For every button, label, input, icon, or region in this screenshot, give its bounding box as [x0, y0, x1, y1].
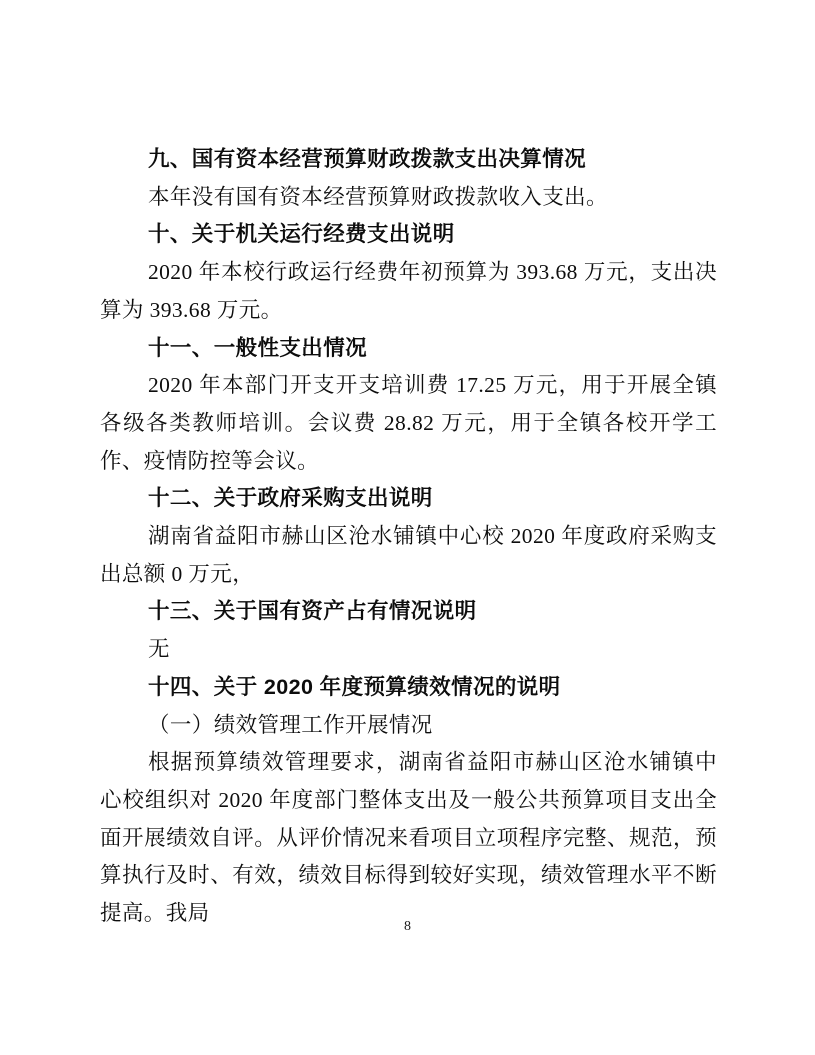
- section-heading-13: 十三、关于国有资产占有情况说明: [100, 593, 717, 631]
- paragraph: 无: [100, 631, 717, 669]
- document-page: 九、国有资本经营预算财政拨款支出决算情况 本年没有国有资本经营预算财政拨款收入支…: [0, 0, 815, 1055]
- section-heading-11: 十一、一般性支出情况: [100, 330, 717, 368]
- paragraph: 本年没有国有资本经营预算财政拨款收入支出。: [100, 179, 717, 217]
- page-number: 8: [0, 919, 815, 935]
- section-heading-12: 十二、关于政府采购支出说明: [100, 480, 717, 518]
- section-heading-14: 十四、关于 2020 年度预算绩效情况的说明: [100, 669, 717, 707]
- paragraph: 湖南省益阳市赫山区沧水铺镇中心校 2020 年度政府采购支出总额 0 万元，: [100, 518, 717, 593]
- paragraph: 2020 年本校行政运行经费年初预算为 393.68 万元，支出决算为 393.…: [100, 254, 717, 329]
- section-heading-9: 九、国有资本经营预算财政拨款支出决算情况: [100, 141, 717, 179]
- paragraph: 根据预算绩效管理要求，湖南省益阳市赫山区沧水铺镇中心校组织对 2020 年度部门…: [100, 744, 717, 933]
- paragraph: 2020 年本部门开支开支培训费 17.25 万元，用于开展全镇各级各类教师培训…: [100, 367, 717, 480]
- section-heading-10: 十、关于机关运行经费支出说明: [100, 216, 717, 254]
- document-body: 九、国有资本经营预算财政拨款支出决算情况 本年没有国有资本经营预算财政拨款收入支…: [100, 141, 717, 933]
- subsection-heading: （一）绩效管理工作开展情况: [100, 707, 717, 745]
